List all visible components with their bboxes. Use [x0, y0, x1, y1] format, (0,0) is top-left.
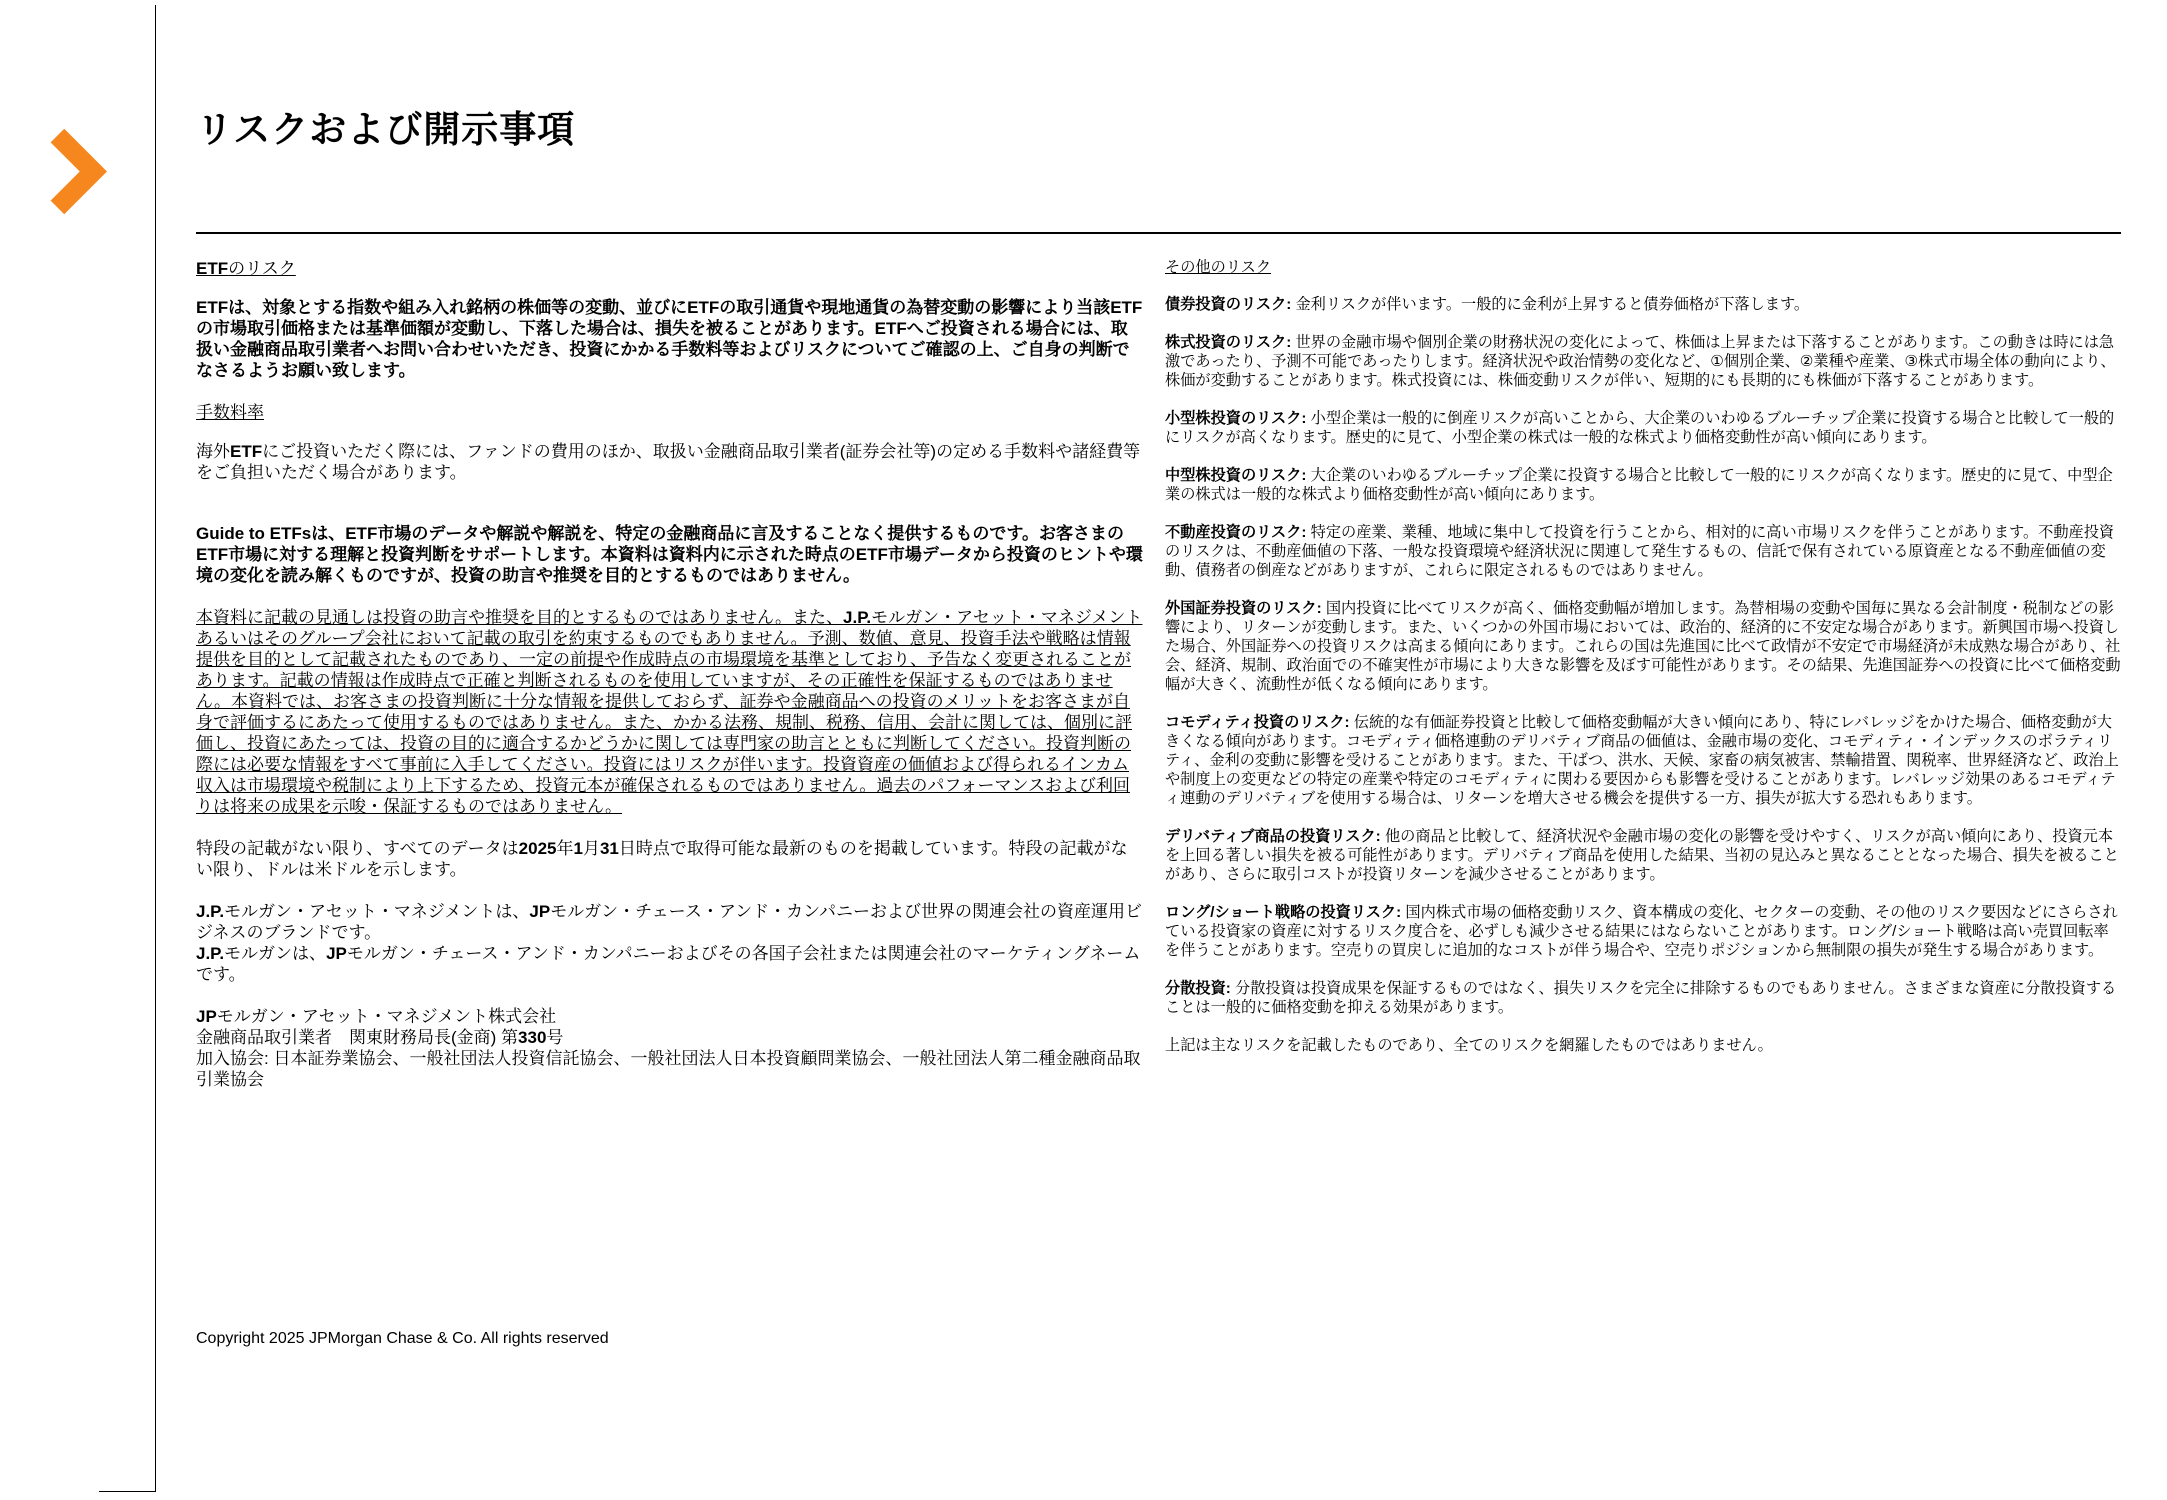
text-run: 海外 [196, 442, 230, 461]
text-run: 金利リスクが伴います。一般的に金利が上昇すると債券価格が下落します。 [1291, 296, 1809, 313]
text-run: ロング/ショート戦略の投資リスク: [1165, 904, 1401, 921]
text-run: 年 [557, 839, 574, 858]
text-run: ETF [230, 442, 262, 461]
text-run: ETF [196, 259, 228, 278]
text-run: 世界の金融市場や個別企業の財務状況の変化によって、株価は上昇または下落することが… [1165, 334, 2116, 389]
text-run: コモディティ投資のリスク: [1165, 714, 1350, 731]
text-run: 号 [546, 1028, 563, 1047]
paragraph: 分散投資: 分散投資は投資成果を保証するものではなく、損失リスクを完全に排除する… [1165, 979, 2121, 1017]
paragraph: 上記は主なリスクを記載したものであり、全てのリスクを網羅したものではありません。 [1165, 1036, 2121, 1055]
left-border-line [155, 5, 156, 1492]
paragraph: ETFは、対象とする指数や組み入れ銘柄の株価等の変動、並びにETFの取引通貨や現… [196, 297, 1144, 381]
paragraph: 債券投資のリスク: 金利リスクが伴います。一般的に金利が上昇すると債券価格が下落… [1165, 295, 2121, 314]
paragraph: JPモルガン・アセット・マネジメント株式会社金融商品取引業者 関東財務局長(金商… [196, 1006, 1144, 1090]
text-run: モルガン・アセット・マネジメントは、 [224, 902, 529, 921]
text-run: 2025 [519, 839, 557, 858]
section-heading: その他のリスク [1165, 258, 2121, 277]
text-run: 株式投資のリスク: [1165, 334, 1291, 351]
paragraph: コモディティ投資のリスク: 伝統的な有価証券投資と比較して価格変動幅が大きい傾向… [1165, 713, 2121, 808]
text-run: 330 [518, 1028, 546, 1047]
paragraph: 本資料に記載の見通しは投資の助言や推奨を目的とするものではありません。また、J.… [196, 607, 1144, 817]
right-column: その他のリスク債券投資のリスク: 金利リスクが伴います。一般的に金利が上昇すると… [1165, 258, 2121, 1074]
text-run: 1 [574, 839, 583, 858]
paragraph: 株式投資のリスク: 世界の金融市場や個別企業の財務状況の変化によって、株価は上昇… [1165, 333, 2121, 390]
text-run: 小型株投資のリスク: [1165, 410, 1306, 427]
text-run: モルガン・アセット・マネジメント株式会社 [217, 1007, 556, 1026]
text-run: のリスク [228, 259, 296, 278]
left-column: ETFのリスクETFは、対象とする指数や組み入れ銘柄の株価等の変動、並びにETF… [196, 258, 1144, 1111]
text-run: 加入協会: 日本証券業協会、一般社団法人投資信託協会、一般社団法人日本投資顧問業… [196, 1049, 1140, 1089]
text-run: JP [326, 944, 347, 963]
paragraph: Guide to ETFsは、ETF市場のデータや解説や解説を、特定の金融商品に… [196, 523, 1144, 586]
text-run: 小型企業は一般的に倒産リスクが高いことから、大企業のいわゆるブルーチップ企業に投… [1165, 410, 2114, 446]
text-run: 不動産投資のリスク: [1165, 524, 1306, 541]
paragraph: 小型株投資のリスク: 小型企業は一般的に倒産リスクが高いことから、大企業のいわゆ… [1165, 409, 2121, 447]
title-divider [196, 232, 2121, 234]
bottom-corner-line [99, 1491, 155, 1492]
text-run: 31 [600, 839, 619, 858]
paragraph: 海外ETFにご投資いただく際には、ファンドの費用のほか、取扱い金融商品取引業者(… [196, 441, 1144, 483]
text-run: モルガンは、 [224, 944, 326, 963]
text-run: ETFは、対象とする指数や組み入れ銘柄の株価等の変動、並びにETFの取引通貨や現… [196, 298, 1142, 380]
text-run: モルガン・アセット・マネジメントあるいはそのグループ会社において記載の取引を約束… [196, 608, 1142, 816]
text-run: その他のリスク [1165, 259, 1271, 276]
paragraph: 外国証券投資のリスク: 国内投資に比べてリスクが高く、価格変動幅が増加します。為… [1165, 599, 2121, 694]
page-title: リスクおよび開示事項 [196, 110, 575, 151]
text-run: 上記は主なリスクを記載したものであり、全てのリスクを網羅したものではありません。 [1165, 1037, 1773, 1054]
text-run: 手数料率 [196, 403, 264, 422]
paragraph: デリバティブ商品の投資リスク: 他の商品と比較して、経済状況や金融市場の変化の影… [1165, 827, 2121, 884]
paragraph: J.P.モルガン・アセット・マネジメントは、JPモルガン・チェース・アンド・カン… [196, 901, 1144, 985]
paragraph: ロング/ショート戦略の投資リスク: 国内株式市場の価格変動リスク、資本構成の変化… [1165, 903, 2121, 960]
section-heading: ETFのリスク [196, 258, 1144, 279]
text-run: J.P. [196, 902, 224, 921]
copyright: Copyright 2025 JPMorgan Chase & Co. All … [196, 1330, 609, 1348]
paragraph: 不動産投資のリスク: 特定の産業、業種、地域に集中して投資を行うことから、相対的… [1165, 523, 2121, 580]
text-run: 外国証券投資のリスク: [1165, 600, 1322, 617]
text-run: 分散投資: [1165, 980, 1231, 997]
paragraph: 特段の記載がない限り、すべてのデータは2025年1月31日時点で取得可能な最新の… [196, 838, 1144, 880]
text-run: 債券投資のリスク: [1165, 296, 1291, 313]
text-run: 月 [583, 839, 600, 858]
paragraph: 中型株投資のリスク: 大企業のいわゆるブルーチップ企業に投資する場合と比較して一… [1165, 466, 2121, 504]
text-run: にご投資いただく際には、ファンドの費用のほか、取扱い金融商品取引業者(証券会社等… [196, 442, 1140, 482]
text-run: JP [196, 1007, 217, 1026]
chevron-right-icon [37, 128, 107, 215]
text-run: デリバティブ商品の投資リスク: [1165, 828, 1381, 845]
text-run: J.P. [196, 944, 224, 963]
section-heading: 手数料率 [196, 402, 1144, 423]
text-run: 特段の記載がない限り、すべてのデータは [196, 839, 519, 858]
text-run: JP [529, 902, 550, 921]
text-run: J.P. [843, 608, 871, 627]
text-run: Guide to ETFsは、ETF市場のデータや解説や解説を、特定の金融商品に… [196, 524, 1143, 585]
text-run: 特定の産業、業種、地域に集中して投資を行うことから、相対的に高い市場リスクを伴う… [1165, 524, 2114, 579]
text-run: 本資料に記載の見通しは投資の助言や推奨を目的とするものではありません。また、 [196, 608, 843, 627]
text-run: 分散投資は投資成果を保証するものではなく、損失リスクを完全に排除するものでもあり… [1165, 980, 2116, 1016]
text-run: 金融商品取引業者 関東財務局長(金商) 第 [196, 1028, 518, 1047]
text-run: 大企業のいわゆるブルーチップ企業に投資する場合と比較して一般的にリスクが高くなり… [1165, 467, 2113, 503]
text-run: 中型株投資のリスク: [1165, 467, 1306, 484]
